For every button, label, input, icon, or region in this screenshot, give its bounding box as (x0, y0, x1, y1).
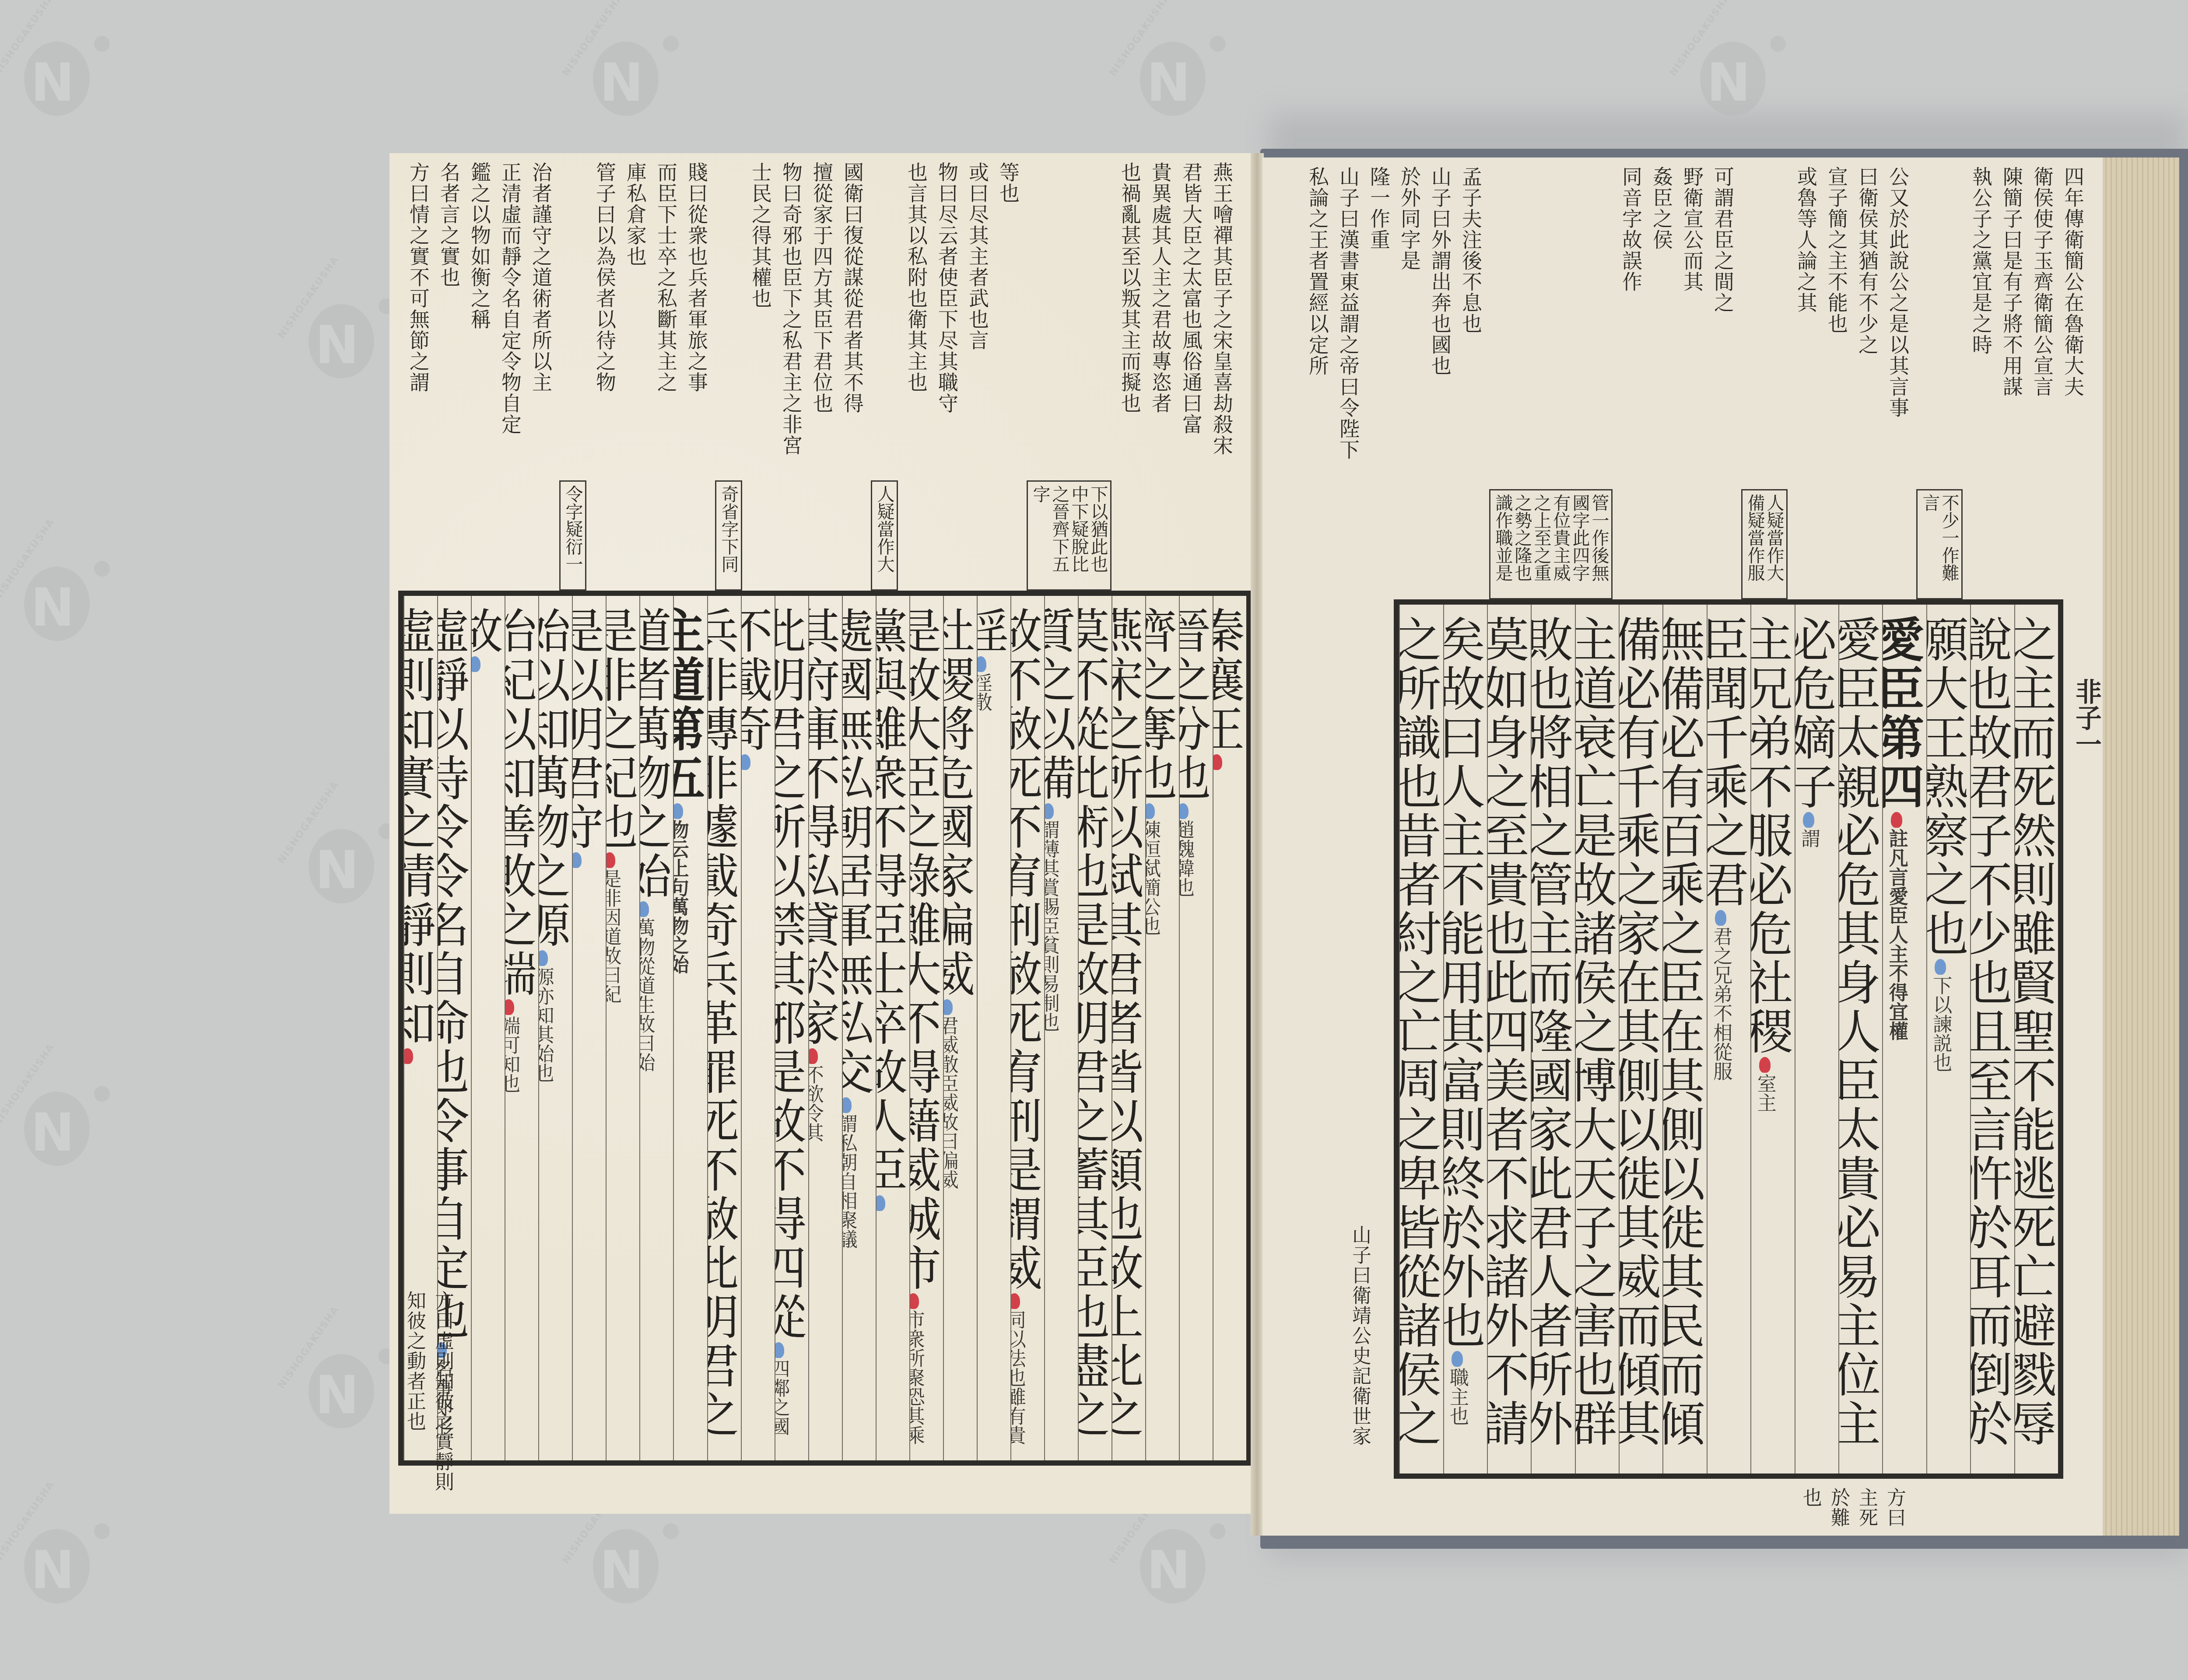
header-note-box: 下以猶此也中下疑脫比之晉齊下五字 (1027, 480, 1112, 591)
blue-reading-mark-icon (639, 901, 649, 917)
main-text-column: 愛臣第四註凡言愛臣人主不得宜權 (1882, 605, 1926, 1473)
main-text: 莫不從此術也是故明君之蓄其臣也盡之以法 (1078, 606, 1109, 1439)
blue-reading-mark-icon (943, 999, 953, 1015)
main-text: 虛則知實之情靜則知 (403, 606, 435, 1047)
main-text-column: 臣聞千乘之君君之兄弟不相從服 (1707, 605, 1750, 1473)
blue-reading-mark-icon (775, 1342, 784, 1358)
right-bottom-note-1: 方曰主死於難也 (1796, 1487, 1908, 1540)
main-text-column: 齊之奪也陳恒弑簡公也 (1145, 596, 1179, 1460)
main-text: 治紀以知善敗之端 (505, 606, 536, 998)
interlinear-gloss: 物云上句萬物之始 (673, 820, 688, 974)
main-text-column: 兵非傳非遽載奇兵革罪死不赦此明君之所以備不虞者也傳驛車 (707, 596, 741, 1460)
main-text-column: 治紀以知善敗之端端可知也 (505, 596, 538, 1460)
main-text-column: 之主而死然則雖賢聖不能逃死亡避戮辱者何也則愚者難 (2014, 605, 2058, 1473)
nishogakusha-logo-icon: NNISHOGAKUSHA (582, 17, 683, 118)
main-text: 兵非傳非遽載奇兵革罪死不赦此明君之所以備不虞者也 (707, 606, 739, 1439)
interlinear-gloss: 源亦知其始也 (538, 967, 554, 1082)
interlinear-gloss: 萬物從道生故曰始 (639, 918, 655, 1072)
main-text-column: 無備必有百乘之臣在其側以徙其民而傾其國萬乘之君無 (1662, 605, 1706, 1473)
header-note-column: 曰衛侯其猶有不少之 (1855, 166, 1879, 560)
header-note-column: 燕王噲禪其臣子之宋皇喜劫殺宋 (1210, 162, 1234, 556)
header-note-column: 管子曰以為侯者以待之物 (593, 162, 617, 556)
page-edge-stack (2096, 157, 2179, 1536)
blue-reading-mark-icon (1145, 803, 1155, 819)
nishogakusha-logo-icon: NNISHOGAKUSHA (13, 1067, 114, 1168)
interlinear-gloss: 君之兄弟不相從服 (1710, 927, 1732, 1081)
header-note-column: 名者言之實也 (437, 162, 461, 556)
red-reading-mark-icon (1759, 1057, 1771, 1073)
main-text: 質之以備 (1044, 606, 1076, 802)
right-text-frame: 之主而死然則雖賢聖不能逃死亡避戮辱者何也則愚者難說也故君子不少也且至言忤於耳而倒… (1394, 599, 2063, 1479)
interlinear-gloss: 室主 (1754, 1074, 1776, 1112)
interlinear-gloss: 謂薄其賞賜臣貧則易制也 (1044, 820, 1059, 1032)
main-text-column: 燕宋之所以弑其君者皆以類也故上比之殷周中比之燕宋 (1112, 596, 1145, 1460)
main-text-column: 此明君之所以禁其邪是故不得四從四鄰之國為私交 (775, 596, 808, 1460)
blue-reading-mark-icon (1935, 959, 1946, 975)
main-text: 主兄弟不服必危社稷 (1750, 615, 1792, 1056)
interlinear-gloss: 是非因道故曰紀 (606, 869, 621, 1004)
header-note-column: 方曰情之實不可無節之謂 (406, 162, 431, 556)
blue-reading-mark-icon (1044, 803, 1054, 819)
left-text-frame: 秦襄王晉之分也趙魏韓也齊之奪也陳恒弑簡公也燕宋之所以弑其君者皆以類也故上比之殷周… (398, 591, 1252, 1466)
main-text: 虛靜以待令令名自命也令事自定也 (437, 606, 469, 1341)
header-note-column: 隆一作重 (1367, 166, 1391, 560)
header-note-column: 而臣下士卒之私斷其主之 (654, 162, 678, 556)
nishogakusha-logo-icon: NNISHOGAKUSHA (13, 542, 114, 643)
main-text: 必危嫡子 (1795, 615, 1836, 811)
main-text: 矣故曰人主不能用其富則終於外也 (1443, 615, 1485, 1350)
main-text: 燕宋之所以弑其君者皆以類也故上比之殷周中比之燕宋 (1112, 606, 1143, 1439)
main-text-column: 備必有千乘之家在其側以徙其威而傾其國是以姦臣蕃息 (1619, 605, 1662, 1473)
interlinear-gloss: 淫散 (977, 673, 992, 711)
blue-reading-mark-icon (538, 950, 548, 966)
main-text-column: 質之以備謂薄其賞賜臣貧則易制也 (1044, 596, 1078, 1460)
main-text: 處國無私朝居軍無私交 (842, 606, 873, 1096)
main-text: 愛臣太親必危其身人臣太貴必易主位主妾無等 (1838, 615, 1880, 1448)
blue-reading-mark-icon (1452, 1351, 1463, 1367)
interlinear-gloss: 註凡言愛臣人主不得宜權 (1886, 829, 1908, 1040)
header-note-column: 物曰尽云者使臣下尽其職守 (935, 162, 959, 556)
main-text-column: 不載奇 (741, 596, 775, 1460)
header-note-column: 治者謹守之道術者所以主 (529, 162, 553, 556)
header-note-column: 也言其以私附也衛其主也 (904, 162, 929, 556)
red-reading-mark-icon (1010, 1293, 1020, 1309)
main-text-column: 是非之紀也是非因道故曰紀 (606, 596, 639, 1460)
interlinear-gloss: 謂私朝自相聚議 (842, 1114, 857, 1249)
left-page: 燕王噲禪其臣子之宋皇喜劫殺宋君皆大臣之太富也風俗通曰富貴異處其人主之君故專恣者也… (389, 153, 1252, 1514)
header-note-column: 同音字故誤作 (1619, 166, 1643, 560)
main-text-column: 處國無私朝居軍無私交謂私朝自相聚議 (842, 596, 876, 1460)
main-text-column: 是故大臣之祿雖大不得藉威城市市衆所聚恐其乘衆而生心也 (909, 596, 943, 1460)
main-text-column: 愛臣太親必危其身人臣太貴必易主位主妾無等威權上逼 (1838, 605, 1882, 1473)
header-note-box: 人疑當作大備疑當作服 (1741, 489, 1788, 599)
interlinear-gloss: 趙魏韓也 (1179, 820, 1194, 897)
blue-reading-mark-icon (741, 754, 750, 770)
left-bottom-note-1: 方曰虛則知彼之實靜則知彼之動者正也 (400, 1291, 456, 1505)
blue-reading-mark-icon (876, 1195, 885, 1211)
blue-reading-mark-icon (842, 1097, 852, 1113)
main-text-column: 矣故曰人主不能用其富則終於外也職主也 (1443, 605, 1487, 1473)
main-text-column: 秦襄王 (1213, 596, 1246, 1460)
main-text: 淫 (977, 606, 1008, 655)
main-text: 備必有千乘之家在其側以徙其威而傾其國是以姦臣蕃息 (1619, 615, 1660, 1448)
red-reading-mark-icon (1891, 812, 1902, 828)
main-text-column: 社稷將危國家偏威君威散臣威故曰偏威 (943, 596, 977, 1460)
nishogakusha-logo-icon: NNISHOGAKUSHA (13, 1505, 114, 1606)
main-text-column: 敗也將相之管主而隆國家此君人者所外也 (1531, 605, 1574, 1473)
nishogakusha-logo-icon: NNISHOGAKUSHA (1689, 17, 1790, 118)
interlinear-gloss: 君威散臣威故曰偏威 (943, 1016, 958, 1189)
header-note-column: 賤曰從衆也兵者軍旅之事 (684, 162, 709, 556)
main-text: 之所識也昔者紂之亡周之卑皆從諸侯之博大也 (1399, 615, 1441, 1448)
main-text: 道者萬物之始 (639, 606, 671, 900)
header-note-column: 公又於此說公之是以其言事 (1886, 166, 1910, 560)
main-text-column: 黨與雖衆不得臣士卒故人臣 (876, 596, 909, 1460)
main-text-column: 莫如身之至貴也此四美者不求諸外不請於人議之而得之萬物 (1487, 605, 1531, 1473)
right-header-notes: 四年傳衛簡公在魯衛大夫衛侯使子玉齊衛簡公宣言陳簡子曰是有子將不用謀執公子之黨宜是… (1262, 166, 2085, 599)
main-text-column: 故不赦死不宥刑赦死宥刑是謂威同以法也雖有貴賤 (1010, 596, 1044, 1460)
header-note-column: 可謂君臣之間之 (1711, 166, 1735, 560)
main-text: 故不赦死不宥刑赦死宥刑是謂威 (1010, 606, 1042, 1292)
header-note-column: 於外同字是 (1397, 166, 1422, 560)
main-text: 臣聞千乘之君 (1707, 615, 1748, 909)
header-note-column: 宣子簡之主不能也 (1824, 166, 1849, 560)
main-text: 不載奇 (741, 606, 772, 753)
main-text: 是非之紀也 (606, 606, 637, 851)
main-text: 秦襄王 (1213, 606, 1244, 753)
header-note-box: 不少一作難言 (1916, 489, 1963, 599)
header-note-column: 士民之得其權也 (748, 162, 773, 556)
header-note-column: 執公子之黨宜是之時 (1969, 166, 1993, 560)
header-note-column: 孟子夫注後不息也 (1459, 166, 1483, 560)
main-text-column: 故 (471, 596, 505, 1460)
header-note-column: 或曰尽其主者武也言 (965, 162, 990, 556)
left-header-notes: 燕王噲禪其臣子之宋皇喜劫殺宋君皆大臣之太富也風俗通曰富貴異處其人主之君故專恣者也… (398, 162, 1234, 591)
main-text: 願大王熟察之也 (1926, 615, 1968, 958)
main-text-column: 主兄弟不服必危社稷室主 (1750, 605, 1794, 1473)
main-text: 晉之分也 (1179, 606, 1210, 802)
right-main-columns: 之主而死然則雖賢聖不能逃死亡避戮辱者何也則愚者難說也故君子不少也且至言忤於耳而倒… (1399, 605, 2058, 1473)
right-page: 四年傳衛簡公在魯衛大夫衛侯使子玉齊衛簡公宣言陳簡子曰是有子將不用謀執公子之黨宜是… (1262, 157, 2103, 1536)
header-note-column: 等也 (996, 162, 1020, 556)
blue-reading-mark-icon (977, 656, 986, 672)
header-note-column: 私論之王者置經以定所 (1305, 166, 1330, 560)
main-text: 敗也將相之管主而隆國家此君人者所外也 (1531, 615, 1572, 1448)
blue-reading-mark-icon (1803, 812, 1814, 828)
header-note-column: 擅從家于四方其臣下君位也 (810, 162, 834, 556)
nishogakusha-logo-icon: NNISHOGAKUSHA (298, 1330, 398, 1431)
header-note-box: 奇省字下同 (715, 480, 742, 591)
main-text: 其府庫不得私貸於家 (808, 606, 840, 1047)
interlinear-gloss: 端可知也 (505, 1016, 520, 1093)
main-text: 社稷將危國家偏威 (943, 606, 975, 998)
header-note-column: 山子曰外謂出奔也國也 (1428, 166, 1452, 560)
main-text: 此明君之所以禁其邪是故不得四從 (775, 606, 806, 1341)
red-reading-mark-icon (808, 1048, 818, 1064)
header-note-column: 庫私倉家也 (623, 162, 648, 556)
header-note-box: 令字疑衍一 (559, 480, 586, 591)
main-text-column: 晉之分也趙魏韓也 (1179, 596, 1213, 1460)
main-text-column: 莫不從此術也是故明君之蓄其臣也盡之以法言權臣大富盛 (1078, 596, 1112, 1460)
blue-reading-mark-icon (673, 803, 683, 819)
header-note-column: 山子曰漢書東益謂之帝曰令陛下 (1336, 166, 1360, 560)
header-note-column: 國衛曰復從謀從君者其不得 (840, 162, 865, 556)
header-note-column: 陳簡子曰是有子將不用謀 (1999, 166, 2024, 560)
main-text-column: 道者萬物之始萬物從道生故曰始 (639, 596, 673, 1460)
header-note-column: 姦臣之侯 (1649, 166, 1674, 560)
blue-reading-mark-icon (1179, 803, 1189, 819)
nishogakusha-logo-icon: NNISHOGAKUSHA (13, 17, 114, 118)
header-note-column: 物曰奇邪也臣下之私君主之非宮 (779, 162, 803, 556)
nishogakusha-logo-icon: NNISHOGAKUSHA (298, 280, 398, 381)
main-text: 是以明君守 (572, 606, 603, 851)
main-text: 是故大臣之祿雖大不得藉威城市 (909, 606, 941, 1292)
interlinear-gloss: 謂 (1798, 829, 1820, 848)
interlinear-gloss: 下以諫説也 (1929, 976, 1952, 1072)
main-text-column: 是以明君守 (572, 596, 606, 1460)
main-text: 愛臣第四 (1882, 615, 1924, 811)
main-text-column: 主道衰亡是故諸侯之博大天子之害也群臣之太富君主之周之七國 (1575, 605, 1619, 1473)
main-text-column: 主道第五物云上句萬物之始 (673, 596, 707, 1460)
main-text-column: 願大王熟察之也下以諫説也 (1926, 605, 1970, 1473)
header-note-column: 正清虛而靜令名自定令物自定 (498, 162, 522, 556)
interlinear-gloss: 職主也 (1446, 1368, 1469, 1425)
nishogakusha-logo-icon: NNISHOGAKUSHA (1129, 1505, 1230, 1606)
red-reading-mark-icon (403, 1048, 413, 1064)
main-text-column: 說也故君子不少也且至言忤於耳而倒於心非賢聖莫能聽 (1970, 605, 2014, 1473)
header-note-box: 管一作後無國字此四字有位貴主威之上至之重之勢之隆也識作職並是 (1489, 489, 1613, 599)
header-note-column: 貴異處其人主之君故專恣者 (1148, 162, 1173, 556)
header-note-column: 四年傳衛簡公在魯衛大夫 (2061, 166, 2085, 560)
main-text: 說也故君子不少也且至言忤於耳而倒於心非賢聖莫能聽 (1970, 615, 2012, 1448)
book-gutter (1251, 153, 1264, 1536)
blue-reading-mark-icon (1715, 910, 1726, 926)
main-text: 莫如身之至貴也此四美者不求諸外不請於人議之而得之 (1487, 615, 1529, 1448)
main-text-column: 始以知萬物之源源亦知其始也 (538, 596, 572, 1460)
right-bottom-note-2: 山子曰衛靖公史記衛世家 (1346, 1225, 1374, 1531)
header-note-column: 衛侯使子玉齊衛簡公宣言 (2030, 166, 2055, 560)
main-text: 主道衰亡是故諸侯之博大天子之害也群臣之太富君主之 (1575, 615, 1616, 1448)
red-reading-mark-icon (909, 1293, 919, 1309)
blue-reading-mark-icon (572, 852, 582, 868)
left-main-columns: 秦襄王晉之分也趙魏韓也齊之奪也陳恒弑簡公也燕宋之所以弑其君者皆以類也故上比之殷周… (403, 596, 1246, 1460)
main-text: 之主而死然則雖賢聖不能逃死亡避戮辱者何也則愚者難 (2014, 615, 2056, 1448)
main-text-column: 之所識也昔者紂之亡周之卑皆從諸侯之博大也殷王周諸侯 (1399, 605, 1443, 1473)
main-text: 齊之奪也 (1145, 606, 1177, 802)
red-reading-mark-icon (505, 999, 514, 1015)
red-reading-mark-icon (606, 852, 615, 868)
header-note-column: 或魯等人論之其 (1794, 166, 1818, 560)
header-note-box: 人疑當作大 (871, 480, 898, 591)
main-text-column: 其府庫不得私貸於家不欲令其 (808, 596, 842, 1460)
header-note-column: 鑑之以物如衡之稱 (467, 162, 492, 556)
main-text: 黨與雖衆不得臣士卒故人臣 (876, 606, 907, 1194)
nishogakusha-logo-icon: NNISHOGAKUSHA (1129, 17, 1230, 118)
header-note-column: 君皆大臣之太富也風俗通曰富 (1179, 162, 1203, 556)
main-text: 無備必有百乘之臣在其側以徙其民而傾其國萬乘之君無 (1662, 615, 1704, 1448)
blue-reading-mark-icon (471, 656, 480, 672)
header-note-column: 也禍亂甚至以叛其主而擬也 (1118, 162, 1142, 556)
hanshin-label: 非子一 (2068, 678, 2105, 757)
main-text-column: 淫淫散 (977, 596, 1010, 1460)
red-reading-mark-icon (1213, 754, 1222, 770)
main-text: 故 (471, 606, 502, 655)
header-note-column: 野衛宣公而其 (1680, 166, 1704, 560)
interlinear-gloss: 陳恒弑簡公也 (1145, 820, 1161, 935)
main-text: 始以知萬物之源 (538, 606, 570, 949)
main-text-column: 必危嫡子謂 (1795, 605, 1838, 1473)
main-text: 主道第五 (673, 606, 705, 802)
nishogakusha-logo-icon: NNISHOGAKUSHA (298, 805, 398, 906)
nishogakusha-logo-icon: NNISHOGAKUSHA (582, 1505, 683, 1606)
interlinear-gloss: 不欲令其 (808, 1065, 824, 1142)
